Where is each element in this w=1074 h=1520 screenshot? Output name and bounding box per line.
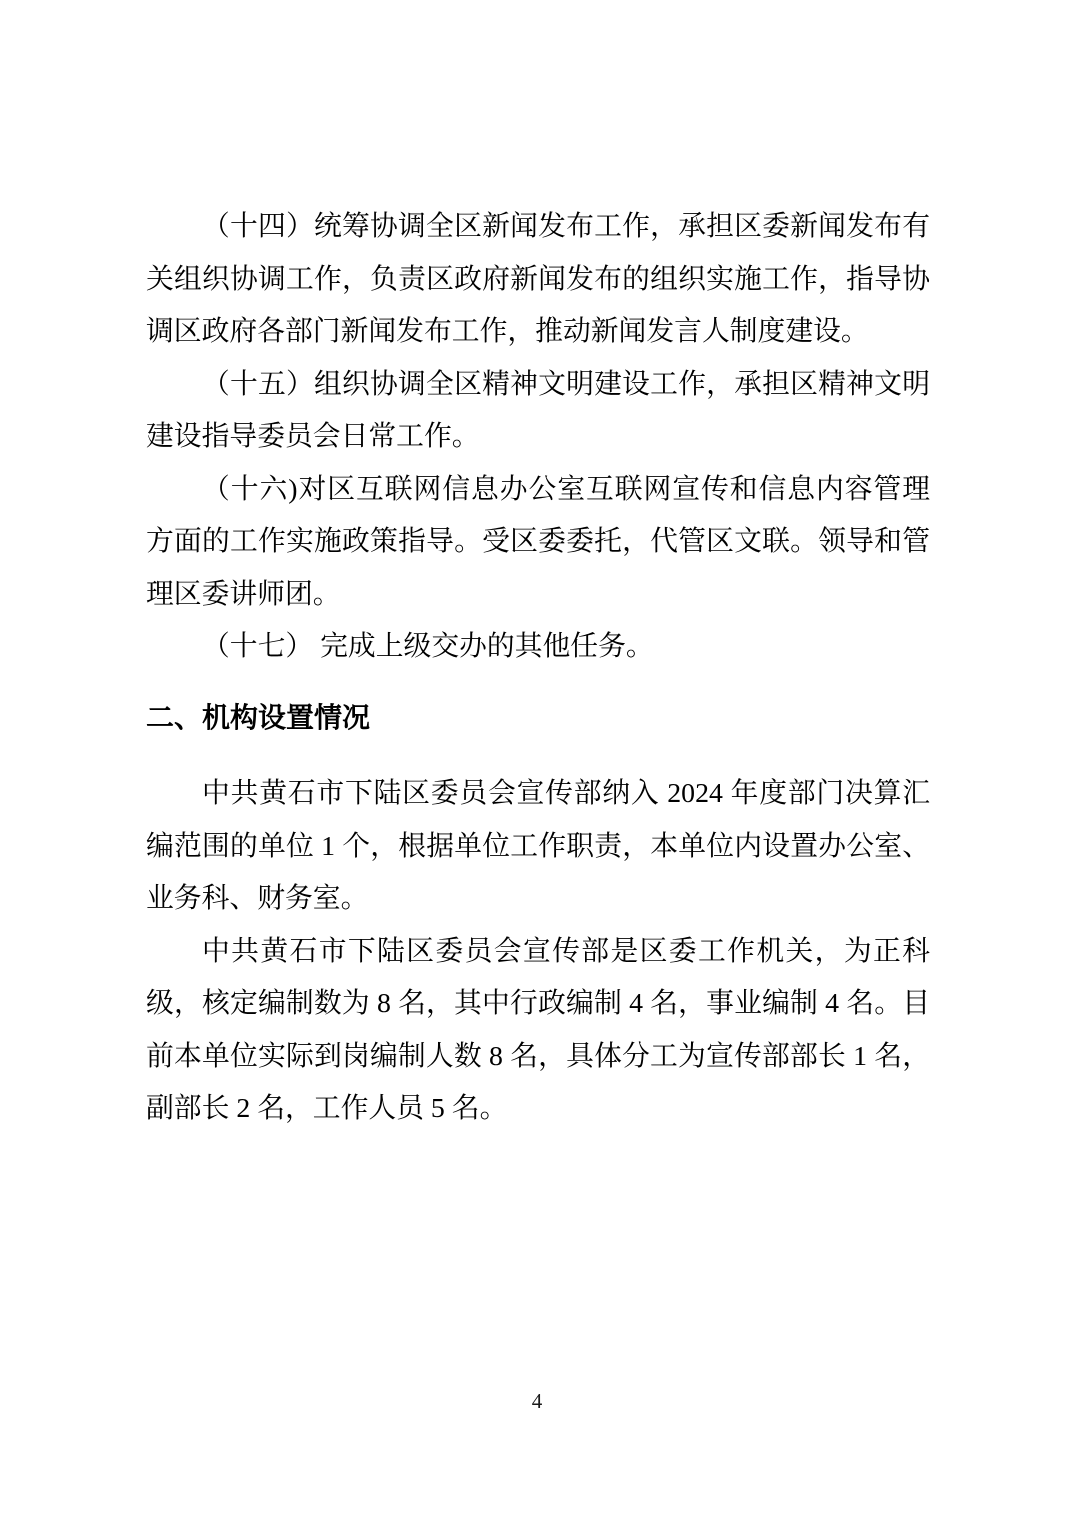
page-number: 4 — [0, 1388, 1074, 1414]
paragraph: （十五）组织协调全区精神文明建设工作，承担区精神文明建设指导委员会日常工作。 — [146, 359, 930, 464]
paragraph-line: 中共黄石市下陆区委员会宣传部是区委工作机关，为正科 — [146, 926, 930, 979]
paragraph-line: （十四）统筹协调全区新闻发布工作，承担区委新闻发布有 — [146, 201, 930, 254]
section-heading: 二、机构设置情况 — [146, 692, 930, 745]
paragraph-line: 前本单位实际到岗编制人数 8 名，具体分工为宣传部部长 1 名， — [146, 1031, 930, 1084]
paragraph: （十六)对区互联网信息办公室互联网宣传和信息内容管理方面的工作实施政策指导。受区… — [146, 464, 930, 622]
paragraph-line: 关组织协调工作，负责区政府新闻发布的组织实施工作，指导协 — [146, 254, 930, 307]
paragraph-line: （十五）组织协调全区精神文明建设工作，承担区精神文明 — [146, 359, 930, 412]
paragraph-line: 理区委讲师团。 — [146, 569, 930, 622]
paragraph-line: 建设指导委员会日常工作。 — [146, 411, 930, 464]
paragraph: （十四）统筹协调全区新闻发布工作，承担区委新闻发布有关组织协调工作，负责区政府新… — [146, 201, 930, 359]
paragraph-line: （十七） 完成上级交办的其他任务。 — [146, 621, 930, 674]
paragraph-line: 业务科、财务室。 — [146, 873, 930, 926]
paragraph: 中共黄石市下陆区委员会宣传部纳入 2024 年度部门决算汇编范围的单位 1 个，… — [146, 768, 930, 926]
paragraph-line: 方面的工作实施政策指导。受区委委托，代管区文联。领导和管 — [146, 516, 930, 569]
paragraph: 中共黄石市下陆区委员会宣传部是区委工作机关，为正科级，核定编制数为 8 名，其中… — [146, 926, 930, 1136]
paragraph-line: 中共黄石市下陆区委员会宣传部纳入 2024 年度部门决算汇 — [146, 768, 930, 821]
paragraph: （十七） 完成上级交办的其他任务。 — [146, 621, 930, 674]
paragraph-line: 副部长 2 名，工作人员 5 名。 — [146, 1083, 930, 1136]
paragraph-line: 编范围的单位 1 个，根据单位工作职责，本单位内设置办公室、 — [146, 821, 930, 874]
document-body: （十四）统筹协调全区新闻发布工作，承担区委新闻发布有关组织协调工作，负责区政府新… — [146, 201, 930, 1136]
paragraph-line: 级，核定编制数为 8 名，其中行政编制 4 名，事业编制 4 名。目 — [146, 978, 930, 1031]
paragraph-line: （十六)对区互联网信息办公室互联网宣传和信息内容管理 — [146, 464, 930, 517]
paragraph-line: 调区政府各部门新闻发布工作，推动新闻发言人制度建设。 — [146, 306, 930, 359]
document-page: （十四）统筹协调全区新闻发布工作，承担区委新闻发布有关组织协调工作，负责区政府新… — [0, 0, 1074, 1520]
